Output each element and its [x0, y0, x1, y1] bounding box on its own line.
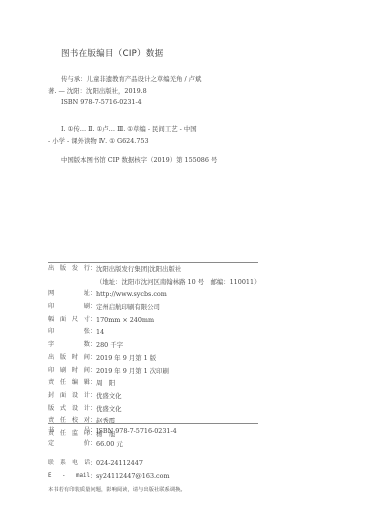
- email-link[interactable]: sy24112447@163.com: [96, 470, 170, 483]
- info-row-address: （地址：沈阳市沈河区南翰林路 10 号 邮编：110011）: [48, 276, 260, 289]
- divider-middle: [48, 423, 258, 424]
- info-row-sheets: 印 张：14: [48, 326, 260, 339]
- info-row-format: 幅面尺寸：170mm × 240mm: [48, 314, 260, 327]
- info-row-isbn: 书 号：ISBN 978-7-5716-0231-4: [48, 425, 177, 438]
- info-label: 印刷时间: [48, 365, 90, 378]
- info-label: 责任编辑: [48, 377, 90, 390]
- info-row-printer: 印 刷：定州启航印刷有限公司: [48, 301, 260, 314]
- info-label: 印 刷: [48, 301, 90, 314]
- publication-info: 出版发行：沈阳出版发行集团|沈阳出版社 （地址：沈阳市沈河区南翰林路 10 号 …: [48, 263, 260, 441]
- info-label: 幅面尺寸: [48, 314, 90, 327]
- quality-notice: 本书若有印装质量问题，影响阅读，请与出版社联系调换。: [48, 485, 186, 493]
- cip-class-line-2: - 小学 - 课外读物 Ⅳ. ① G624.753: [48, 136, 228, 148]
- info-row-layout-design: 版式设计：优盛文化: [48, 403, 260, 416]
- info-label: 字 数: [48, 339, 90, 352]
- info-value: 优盛文化: [96, 390, 122, 403]
- info-value: 14: [96, 326, 104, 339]
- contact-label: E - mail: [48, 470, 90, 483]
- cip-class-line-1: Ⅰ. ①传… Ⅱ. ①卢… Ⅲ. ①草编 - 民间工艺 - 中国: [48, 124, 228, 136]
- info-label: 出版时间: [48, 352, 90, 365]
- info-value: 优盛文化: [96, 403, 122, 416]
- info-row-publisher: 出版发行：沈阳出版发行集团|沈阳出版社: [48, 263, 260, 276]
- info-row-price: 定 价：66.00 元: [48, 438, 177, 451]
- info-value: 2019 年 9 月第 1 次印刷: [96, 365, 169, 378]
- info-label: 网 址: [48, 288, 90, 301]
- book-info: 书 号：ISBN 978-7-5716-0231-4 定 价：66.00 元: [48, 425, 177, 450]
- info-value: ISBN 978-7-5716-0231-4: [96, 425, 177, 438]
- info-label: 书 号: [48, 425, 90, 438]
- info-value: 定州启航印刷有限公司: [96, 301, 160, 314]
- info-row-print-date: 印刷时间：2019 年 9 月第 1 次印刷: [48, 365, 260, 378]
- info-row-editor: 责任编辑：周 阳: [48, 377, 260, 390]
- info-value: 170mm × 240mm: [96, 314, 154, 327]
- info-row-website: 网 址：http://www.sycbs.com: [48, 288, 260, 301]
- info-row-publish-date: 出版时间：2019 年 9 月第 1 版: [48, 352, 260, 365]
- info-value: 周 阳: [96, 377, 115, 390]
- cip-classification: Ⅰ. ①传… Ⅱ. ①卢… Ⅲ. ①草编 - 民间工艺 - 中国 - 小学 - …: [48, 124, 228, 147]
- contact-info: 联系电话：024-24112447 E - mail：sy24112447@16…: [48, 457, 170, 482]
- info-value: 2019 年 9 月第 1 版: [96, 352, 156, 365]
- info-label: [48, 276, 90, 289]
- info-label: 印 张: [48, 326, 90, 339]
- website-link[interactable]: http://www.sycbs.com: [96, 288, 167, 301]
- cip-number: 中国版本图书馆 CIP 数据核字（2019）第 155086 号: [61, 155, 217, 164]
- contact-row-email: E - mail：sy24112447@163.com: [48, 470, 170, 483]
- info-row-cover-design: 封面设计：优盛文化: [48, 390, 260, 403]
- info-value: 280 千字: [96, 339, 123, 352]
- info-value: 沈阳出版发行集团|沈阳出版社: [96, 263, 181, 276]
- cip-entry-publisher: 著. — 沈阳：沈阳出版社，2019.8: [48, 86, 223, 98]
- cip-entry-title: 传与承：儿童非遗教育产品设计之草编羌角 / 卢斌: [48, 74, 223, 86]
- contact-label: 联系电话: [48, 457, 90, 470]
- cip-entry: 传与承：儿童非遗教育产品设计之草编羌角 / 卢斌 著. — 沈阳：沈阳出版社，2…: [48, 74, 223, 109]
- contact-row-phone: 联系电话：024-24112447: [48, 457, 170, 470]
- info-label: 定 价: [48, 438, 90, 451]
- info-label: 版式设计: [48, 403, 90, 416]
- info-label: 出版发行: [48, 263, 90, 276]
- info-value: （地址：沈阳市沈河区南翰林路 10 号 邮编：110011）: [96, 276, 260, 289]
- cip-heading: 图书在版编目（CIP）数据: [61, 47, 163, 59]
- info-label: 封面设计: [48, 390, 90, 403]
- contact-value: 024-24112447: [96, 457, 143, 470]
- cip-entry-isbn: ISBN 978-7-5716-0231-4: [48, 97, 223, 109]
- info-row-wordcount: 字 数：280 千字: [48, 339, 260, 352]
- info-value: 66.00 元: [96, 438, 123, 451]
